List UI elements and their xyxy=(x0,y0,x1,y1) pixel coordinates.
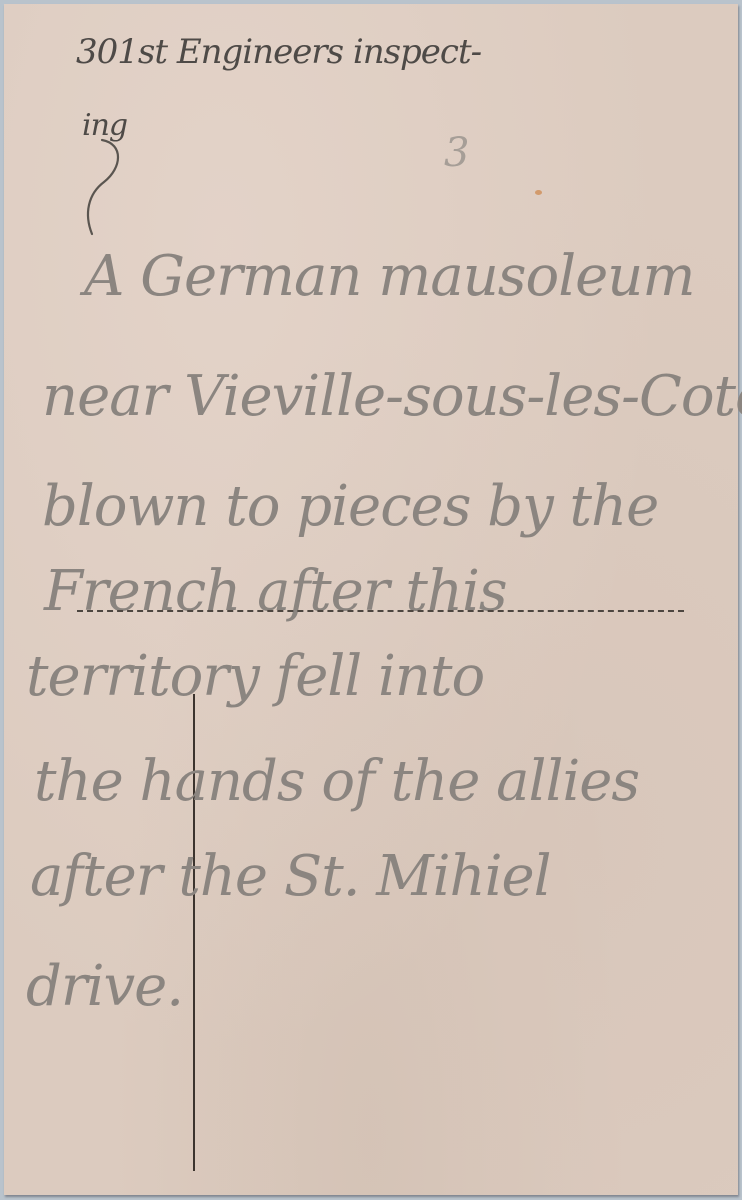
printed-address-line xyxy=(77,610,684,612)
message-line: near Vieville-sous-les-Cotes xyxy=(42,364,742,429)
message-line: territory fell into xyxy=(26,644,484,709)
caption-heading-line-1: 301st Engineers inspect- xyxy=(76,32,481,72)
insertion-arrow-icon xyxy=(84,134,194,244)
message-line: after the St. Mihiel xyxy=(30,844,551,909)
message-line: the hands of the allies xyxy=(34,749,639,814)
postcard-back: 301st Engineers inspect- ing 3 A German … xyxy=(4,4,738,1195)
message-line: blown to pieces by the xyxy=(42,474,658,539)
message-line: French after this xyxy=(44,559,507,624)
paper-stain xyxy=(535,190,542,195)
page-number: 3 xyxy=(444,130,468,176)
message-line: drive. xyxy=(26,954,183,1019)
message-line: A German mausoleum xyxy=(84,244,694,309)
